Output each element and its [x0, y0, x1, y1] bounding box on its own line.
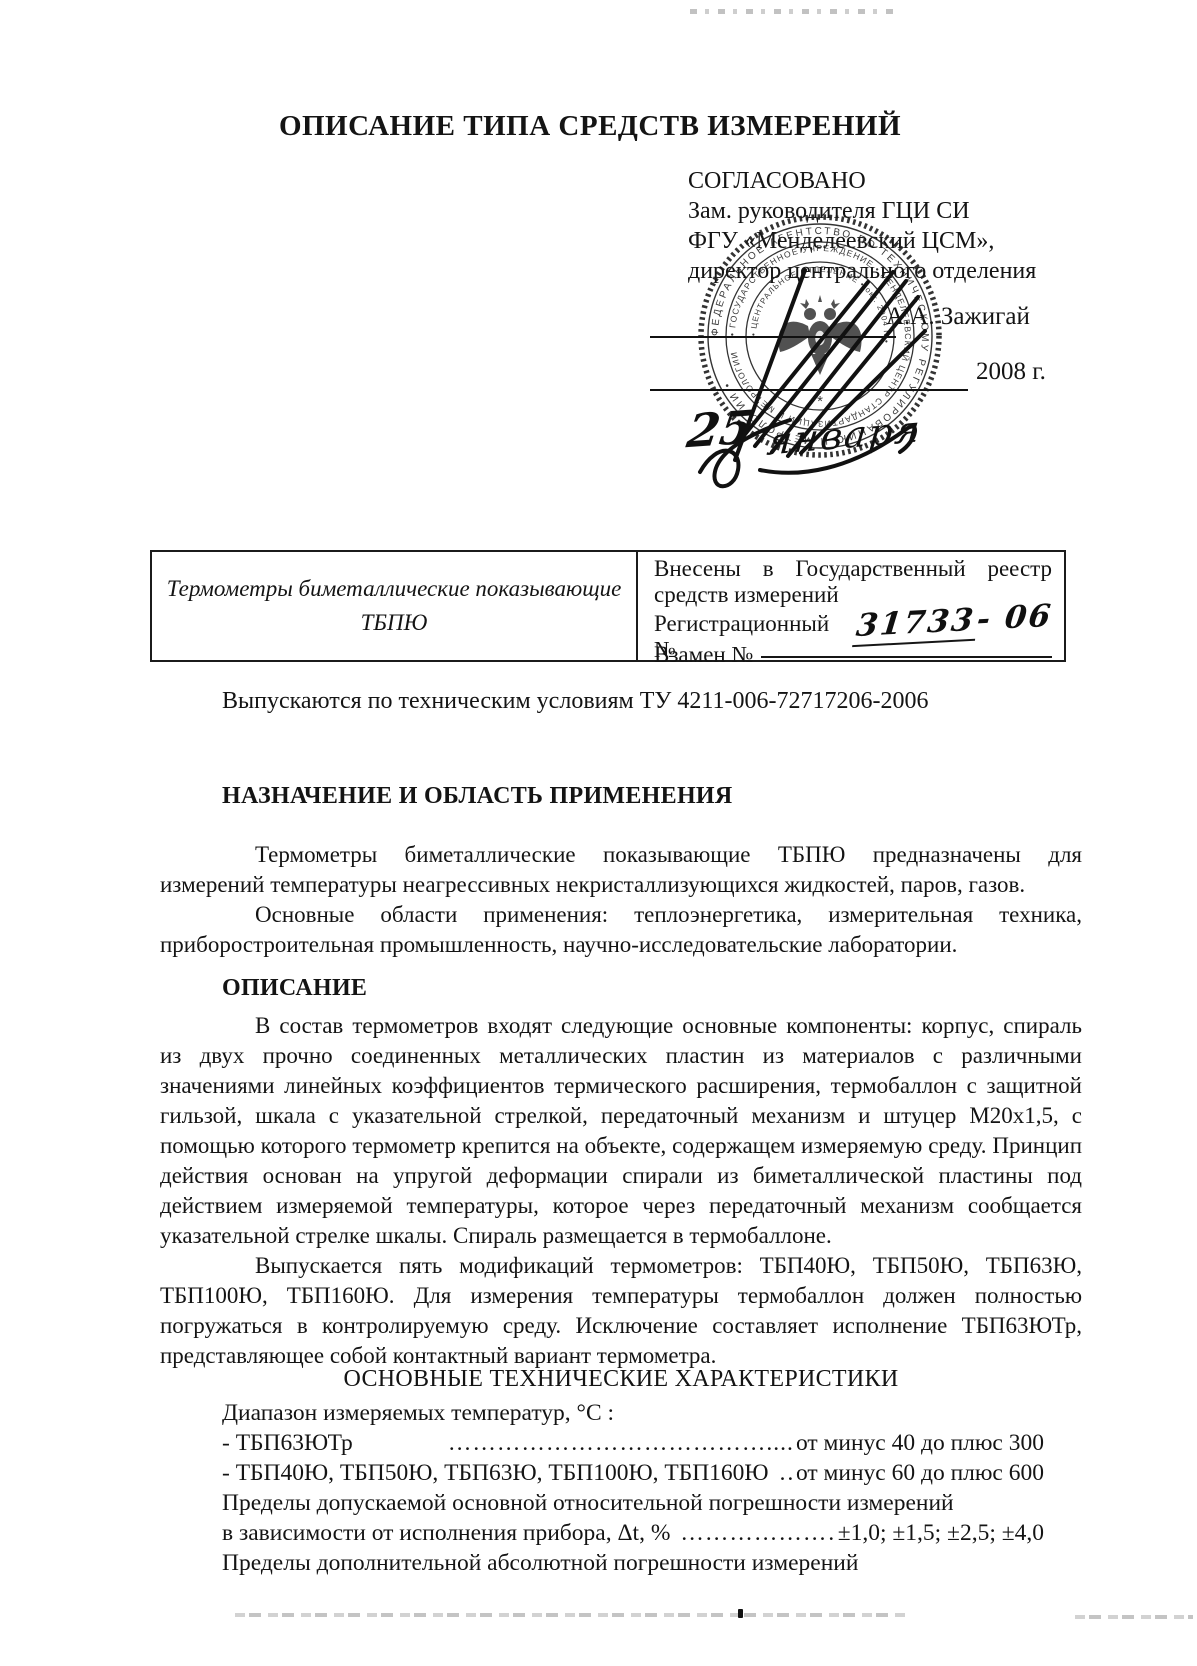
replaces-label: Взамен №	[654, 642, 753, 668]
spec-row-rel-error-title: Пределы допускаемой основной относительн…	[222, 1490, 1044, 1520]
spec-value: ±1,0; ±1,5; ±2,5; ±4,0	[838, 1520, 1044, 1547]
spec-label: Пределы допускаемой основной относительн…	[222, 1490, 954, 1517]
spec-leader-dots: ….	[769, 1460, 792, 1487]
description-paragraph-2: Выпускается пять модификаций термометров…	[160, 1251, 1082, 1371]
handwritten-registration-number: 31733- 06	[853, 603, 1054, 639]
product-name-line-1: Термометры биметаллические показывающие	[167, 572, 622, 606]
spec-leader-dots: …………………	[670, 1520, 833, 1547]
registration-number-line: Регистрационный № 31733- 06	[654, 608, 1052, 642]
registry-table: Термометры биметаллические показывающие …	[150, 550, 1066, 662]
spec-label: - ТБП40Ю, ТБП50Ю, ТБП63Ю, ТБП100Ю, ТБП16…	[222, 1460, 769, 1487]
description-paragraphs: В состав термометров входят следующие ос…	[160, 1011, 1082, 1371]
product-name-cell: Термометры биметаллические показывающие …	[152, 552, 638, 660]
purpose-paragraphs: Термометры биметаллические показывающие …	[160, 840, 1082, 960]
spec-row-abs-error-title: Пределы дополнительной абсолютной погреш…	[222, 1550, 1044, 1580]
tu-conditions-line: Выпускаются по техническим условиям ТУ 4…	[222, 688, 928, 715]
specs-intro: Диапазон измеряемых температур, °С :	[222, 1400, 1044, 1430]
spec-leader-dots: …………………………………..........	[353, 1430, 792, 1457]
replaces-blank-underline	[761, 656, 1052, 658]
purpose-heading: НАЗНАЧЕНИЕ И ОБЛАСТЬ ПРИМЕНЕНИЯ	[222, 783, 733, 810]
description-heading: ОПИСАНИЕ	[222, 975, 367, 1002]
scan-artifact-bottom-right	[1075, 1615, 1193, 1619]
registry-entry-cell: Внесены в Государственный реестр средств…	[638, 552, 1064, 660]
spec-row-tbp-series: - ТБП40Ю, ТБП50Ю, ТБП63Ю, ТБП100Ю, ТБП16…	[222, 1460, 1044, 1490]
spec-label: Пределы дополнительной абсолютной погреш…	[222, 1550, 858, 1577]
description-paragraph-1: В состав термометров входят следующие ос…	[160, 1011, 1082, 1251]
spec-label: - ТБП63ЮТр	[222, 1430, 353, 1457]
registry-entry-line-1: Внесены в Государственный реестр	[654, 556, 1052, 582]
document-page: ОПИСАНИЕ ТИПА СРЕДСТВ ИЗМЕРЕНИЙ СОГЛАСОВ…	[0, 0, 1197, 1666]
purpose-paragraph-2: Основные области применения: теплоэнерге…	[160, 900, 1082, 960]
product-name-line-2: ТБПЮ	[361, 606, 428, 640]
page-title: ОПИСАНИЕ ТИПА СРЕДСТВ ИЗМЕРЕНИЙ	[160, 110, 1020, 143]
signature-strokes	[630, 240, 1030, 510]
spec-row-rel-error-values: в зависимости от исполнения прибора, Δt,…	[222, 1520, 1044, 1550]
scan-artifact-dot	[738, 1609, 743, 1618]
replaces-line: Взамен №	[654, 642, 1052, 676]
specs-block: Диапазон измеряемых температур, °С : - Т…	[222, 1400, 1044, 1580]
specs-heading: ОСНОВНЫЕ ТЕХНИЧЕСКИЕ ХАРАКТЕРИСТИКИ	[160, 1366, 1082, 1393]
spec-label: в зависимости от исполнения прибора, Δt,…	[222, 1520, 670, 1547]
purpose-paragraph-1: Термометры биметаллические показывающие …	[160, 840, 1082, 900]
approval-status: СОГЛАСОВАНО	[688, 166, 1108, 196]
scan-artifact-bottom	[235, 1613, 905, 1617]
spec-value: от минус 60 до плюс 600	[796, 1460, 1044, 1487]
spec-row-tbp63utr: - ТБП63ЮТр ………………………………….......... от ми…	[222, 1430, 1044, 1460]
spec-value: от минус 40 до плюс 300	[796, 1430, 1044, 1457]
scan-artifact-top	[690, 9, 900, 14]
